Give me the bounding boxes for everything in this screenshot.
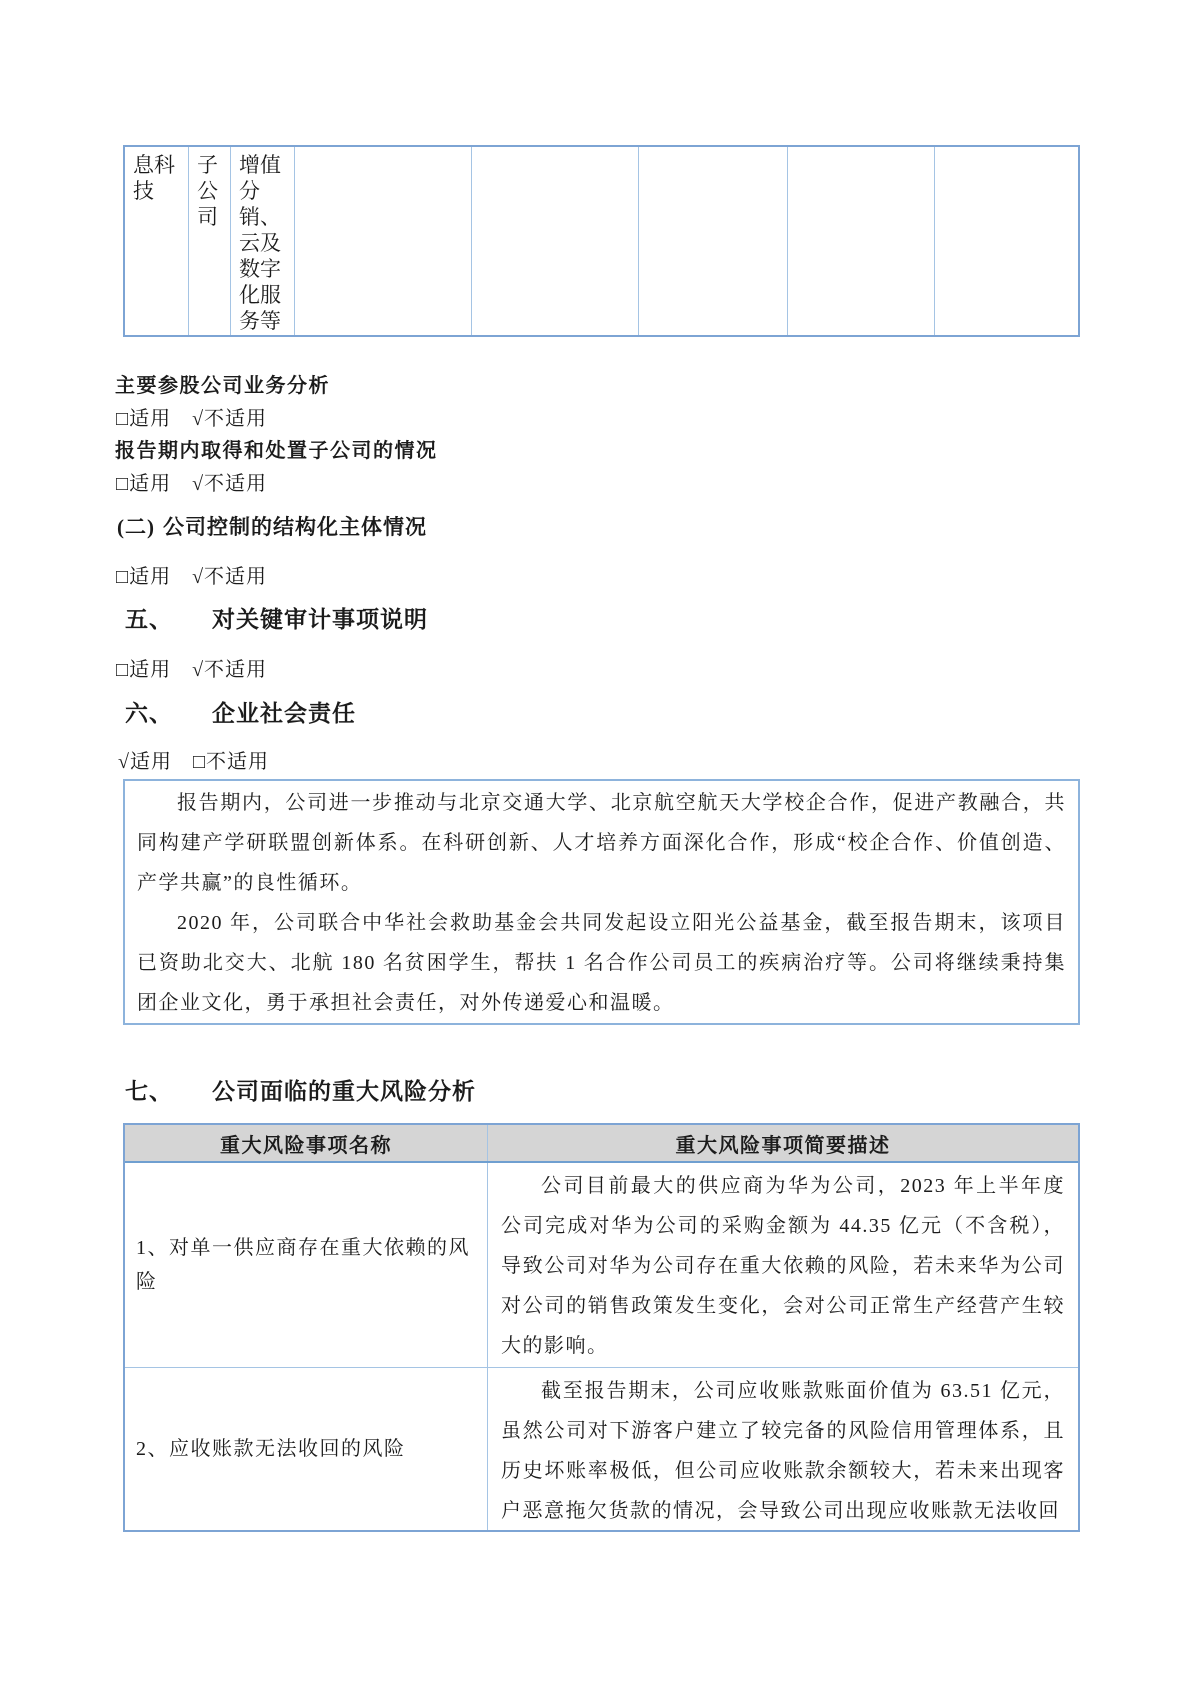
social-responsibility-box: 报告期内，公司进一步推动与北京交通大学、北京航空航天大学校企合作，促进产教融合，… [123,779,1080,1025]
subsidiary-table-cell [295,147,472,335]
subsidiary-table: 息科技 子公司 增值分销、云及数字化服务等 [123,145,1080,337]
heading-section-5: 五、 对关键审计事项说明 [125,604,428,636]
risk-table: 重大风险事项名称 重大风险事项简要描述 1、对单一供应商存在重大依赖的风险 公司… [123,1123,1080,1532]
applicability-line: □适用 √不适用 [116,657,267,683]
applicability-line: √适用 □不适用 [118,749,269,775]
applicability-line: □适用 √不适用 [116,471,267,497]
risk-name-cell: 1、对单一供应商存在重大依赖的风险 [125,1163,488,1367]
subsidiary-table-cell [788,147,935,335]
risk-desc-cell: 截至报告期末，公司应收账款账面价值为 63.51 亿元，虽然公司对下游客户建立了… [488,1368,1078,1530]
subsidiary-table-cell [472,147,639,335]
heading-section-7: 七、 公司面临的重大风险分析 [125,1076,476,1108]
report-page: 息科技 子公司 增值分销、云及数字化服务等 主要参股公司业务分析 □适用 √不适… [0,0,1200,1696]
risk-table-row: 2、应收账款无法收回的风险 截至报告期末，公司应收账款账面价值为 63.51 亿… [125,1368,1078,1530]
applicability-line: □适用 √不适用 [116,564,267,590]
risk-table-header-name: 重大风险事项名称 [125,1125,488,1161]
heading-structured-entity: (二) 公司控制的结构化主体情况 [117,512,427,542]
heading-title: 公司控制的结构化主体情况 [163,512,427,542]
risk-table-header-desc: 重大风险事项简要描述 [488,1125,1078,1161]
subsidiary-table-cell [935,147,1078,335]
risk-table-row: 1、对单一供应商存在重大依赖的风险 公司目前最大的供应商为华为公司，2023 年… [125,1163,1078,1368]
social-responsibility-paragraph: 报告期内，公司进一步推动与北京交通大学、北京航空航天大学校企合作，促进产教融合，… [137,783,1066,903]
subsidiary-table-cell: 子公司 [189,147,231,335]
heading-number: (二) [117,512,155,542]
heading-number: 五、 [125,604,212,636]
risk-table-header-row: 重大风险事项名称 重大风险事项简要描述 [125,1125,1078,1163]
social-responsibility-paragraph: 2020 年，公司联合中华社会救助基金会共同发起设立阳光公益基金，截至报告期末，… [137,903,1066,1023]
applicability-line: □适用 √不适用 [116,406,267,432]
heading-acquisition-disposal: 报告期内取得和处置子公司的情况 [115,437,438,465]
subsidiary-table-cell: 息科技 [125,147,189,335]
subsidiary-table-cell [639,147,788,335]
subsidiary-table-cell: 增值分销、云及数字化服务等 [231,147,295,335]
heading-equity-analysis: 主要参股公司业务分析 [115,372,330,400]
risk-desc-cell: 公司目前最大的供应商为华为公司，2023 年上半年度公司完成对华为公司的采购金额… [488,1163,1078,1367]
heading-number: 六、 [125,698,212,730]
heading-title: 公司面临的重大风险分析 [212,1076,476,1108]
heading-section-6: 六、 企业社会责任 [125,698,356,730]
risk-name-cell: 2、应收账款无法收回的风险 [125,1368,488,1530]
heading-number: 七、 [125,1076,212,1108]
heading-title: 企业社会责任 [212,698,356,730]
heading-title: 对关键审计事项说明 [212,604,428,636]
